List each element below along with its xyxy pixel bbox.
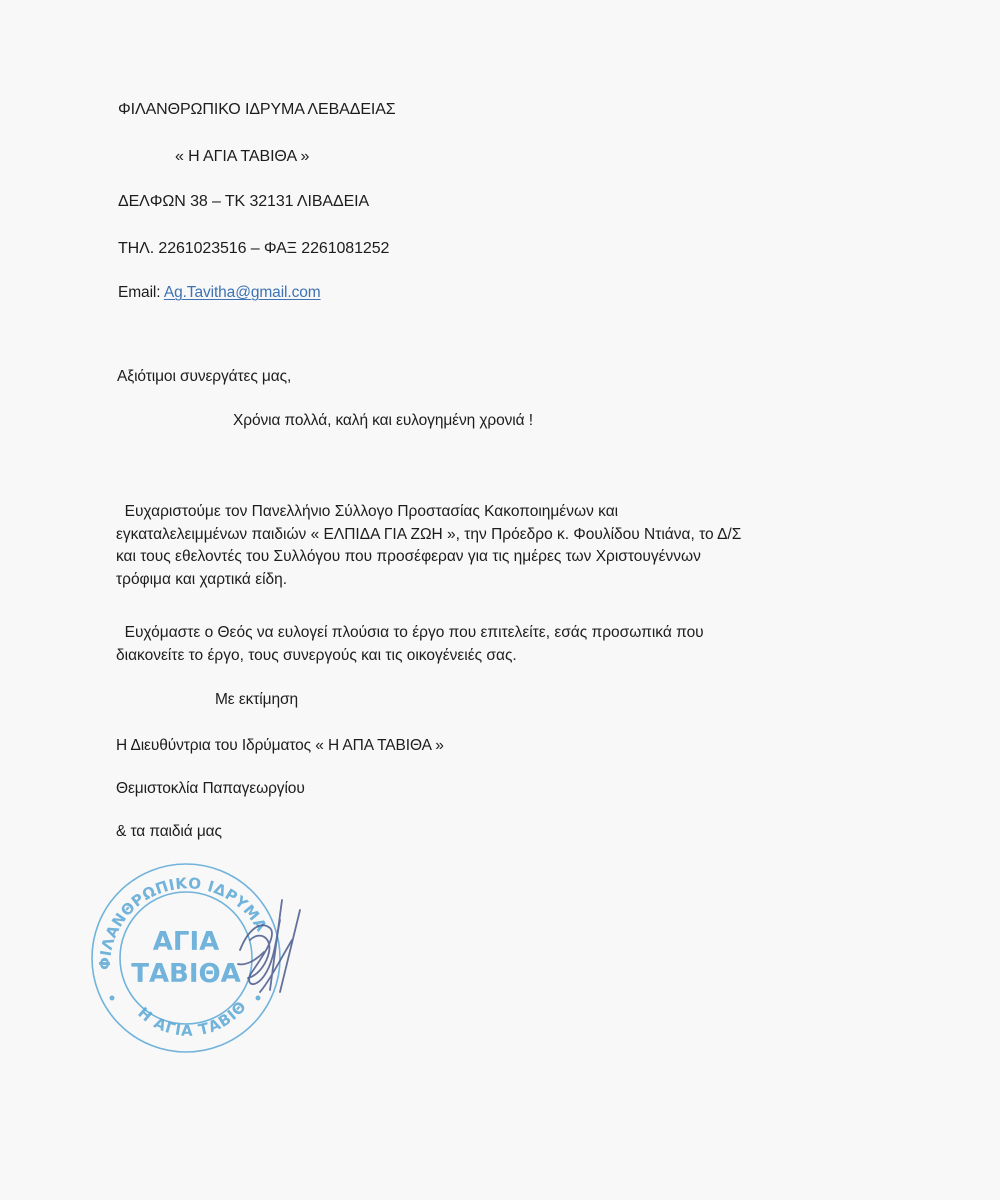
closing: Με εκτίμηση: [215, 691, 298, 709]
signer-name: Θεμιστοκλία Παπαγεωργίου: [116, 780, 305, 798]
stamp-dot: [110, 996, 115, 1001]
thanks-paragraph: Ευχαριστούμε τον Πανελλήνιο Σύλλογο Προσ…: [116, 501, 856, 591]
signer-title: Η Διευθύντρια του Ιδρύματος « Η ΑΠΑ ΤΑΒΙ…: [116, 737, 444, 755]
organization-name: ΦΙΛΑΝΘΡΩΠΙΚΟ ΙΔΡΥΜΑ ΛΕΒΑΔΕΙΑΣ: [118, 101, 396, 119]
stamp-center-line1: ΑΓΙΑ: [153, 927, 220, 957]
email-label: Email:: [118, 284, 164, 301]
wishes-paragraph: Ευχόμαστε ο Θεός να ευλογεί πλούσια το έ…: [116, 622, 856, 667]
paragraph-line: τρόφιμα και χαρτικά είδη.: [116, 569, 856, 592]
paragraph-line: Ευχαριστούμε τον Πανελλήνιο Σύλλογο Προσ…: [116, 501, 856, 524]
institution-name: « Η ΑΓΙΑ ΤΑΒΙΘΑ »: [175, 148, 309, 166]
paragraph-line: και τους εθελοντές του Συλλόγου που προσ…: [116, 546, 856, 569]
email-link[interactable]: Ag.Tavitha@gmail.com: [164, 284, 321, 301]
address: ΔΕΛΦΩΝ 38 – ΤΚ 32131 ΛΙΒΑΔΕΙΑ: [118, 193, 369, 211]
paragraph-line: εγκαταλελειμμένων παιδιών « ΕΛΠΙΔΑ ΓΙΑ Ζ…: [116, 524, 856, 547]
phone-fax: ΤΗΛ. 2261023516 – ΦΑΞ 2261081252: [118, 240, 389, 258]
handwritten-signature: [230, 880, 320, 1000]
salutation: Αξιότιμοι συνεργάτες μας,: [117, 368, 291, 386]
paragraph-line: διακονείτε το έργο, τους συνεργούς και τ…: [116, 645, 856, 668]
email-line: Email: Ag.Tavitha@gmail.com: [118, 284, 321, 302]
greeting: Χρόνια πολλά, καλή και ευλογημένη χρονιά…: [233, 412, 533, 430]
paragraph-line: Ευχόμαστε ο Θεός να ευλογεί πλούσια το έ…: [116, 622, 856, 645]
stamp-center-line2: ΤΑΒΙΘΑ: [131, 959, 241, 989]
signer-extra: & τα παιδιά μας: [116, 823, 222, 841]
